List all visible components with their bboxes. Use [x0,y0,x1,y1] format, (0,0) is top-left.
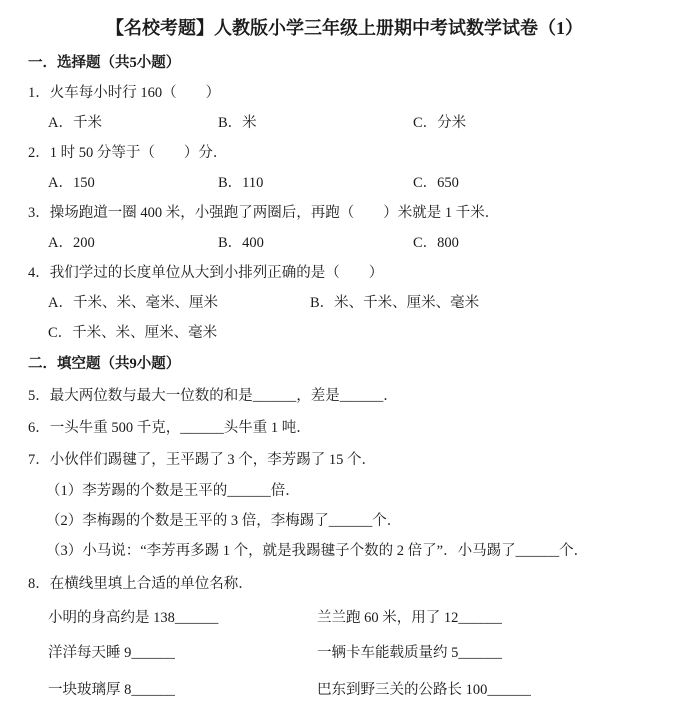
question-3-option-b: B．400 [218,228,413,258]
question-8-row-3: 一块玻璃厚 8______巴东到野三关的公路长 100______ [28,672,661,705]
question-1-option-c: C．分米 [413,108,466,138]
page-title: 【名校考题】人教版小学三年级上册期中考试数学试卷（1） [28,14,661,42]
question-4-option-c: C．千米、米、厘米、毫米 [48,318,217,348]
question-4-option-b: B．米、千米、厘米、毫米 [310,288,479,318]
question-8-row-1: 小明的身高约是 138______兰兰跑 60 米，用了 12______ [28,602,661,635]
question-7-subitem-1: （1）李芳踢的个数是王平的______倍． [28,476,661,506]
exam-paper-page: 【名校考题】人教版小学三年级上册期中考试数学试卷（1） 一．选择题（共5小题） … [0,0,685,705]
question-2: 2．1 时 50 分等于（ ）分． [28,138,661,168]
question-4-options-row-1: A．千米、米、毫米、厘米B．米、千米、厘米、毫米 [28,288,661,318]
question-8-blank-height: 小明的身高约是 138______ [48,602,317,635]
question-6: 6．一头牛重 500 千克，______头牛重 1 吨． [28,412,661,444]
question-8-blank-glass-thickness: 一块玻璃厚 8______ [48,672,317,705]
question-4-option-a: A．千米、米、毫米、厘米 [48,288,310,318]
question-8: 8．在横线里填上合适的单位名称． [28,566,661,602]
question-2-option-b: B．110 [218,168,413,198]
section-1-heading: 一．选择题（共5小题） [28,48,661,78]
question-7-subitem-2: （2）李梅踢的个数是王平的 3 倍，李梅踢了______个． [28,506,661,536]
question-3: 3．操场跑道一圈 400 米，小强跑了两圈后，再跑（ ）米就是 1 千米． [28,198,661,228]
question-3-option-a: A．200 [48,228,218,258]
question-3-option-c: C．800 [413,228,459,258]
question-1-option-a: A．千米 [48,108,218,138]
question-8-blank-sleep: 洋洋每天睡 9______ [48,635,317,672]
question-3-options: A．200B．400C．800 [28,228,661,258]
question-2-option-c: C．650 [413,168,459,198]
question-2-options: A．150B．110C．650 [28,168,661,198]
question-8-blank-truck-load: 一辆卡车能载质量约 5______ [317,635,502,672]
question-5: 5．最大两位数与最大一位数的和是______，差是______． [28,380,661,412]
question-8-blank-road-length: 巴东到野三关的公路长 100______ [317,672,531,705]
section-2-heading: 二．填空题（共9小题） [28,348,661,380]
question-1-option-b: B．米 [218,108,413,138]
question-1-options: A．千米B．米C．分米 [28,108,661,138]
question-8-row-2: 洋洋每天睡 9______一辆卡车能载质量约 5______ [28,635,661,672]
question-7-subitem-3: （3）小马说：“李芳再多踢 1 个，就是我踢毽子个数的 2 倍了”．小马踢了__… [28,536,661,566]
question-4: 4．我们学过的长度单位从大到小排列正确的是（ ） [28,258,661,288]
question-4-options-row-2: C．千米、米、厘米、毫米 [28,318,661,348]
question-1: 1．火车每小时行 160（ ） [28,78,661,108]
question-8-blank-run-time: 兰兰跑 60 米，用了 12______ [317,602,502,635]
question-2-option-a: A．150 [48,168,218,198]
question-7: 7．小伙伴们踢毽了，王平踢了 3 个，李芳踢了 15 个． [28,444,661,476]
